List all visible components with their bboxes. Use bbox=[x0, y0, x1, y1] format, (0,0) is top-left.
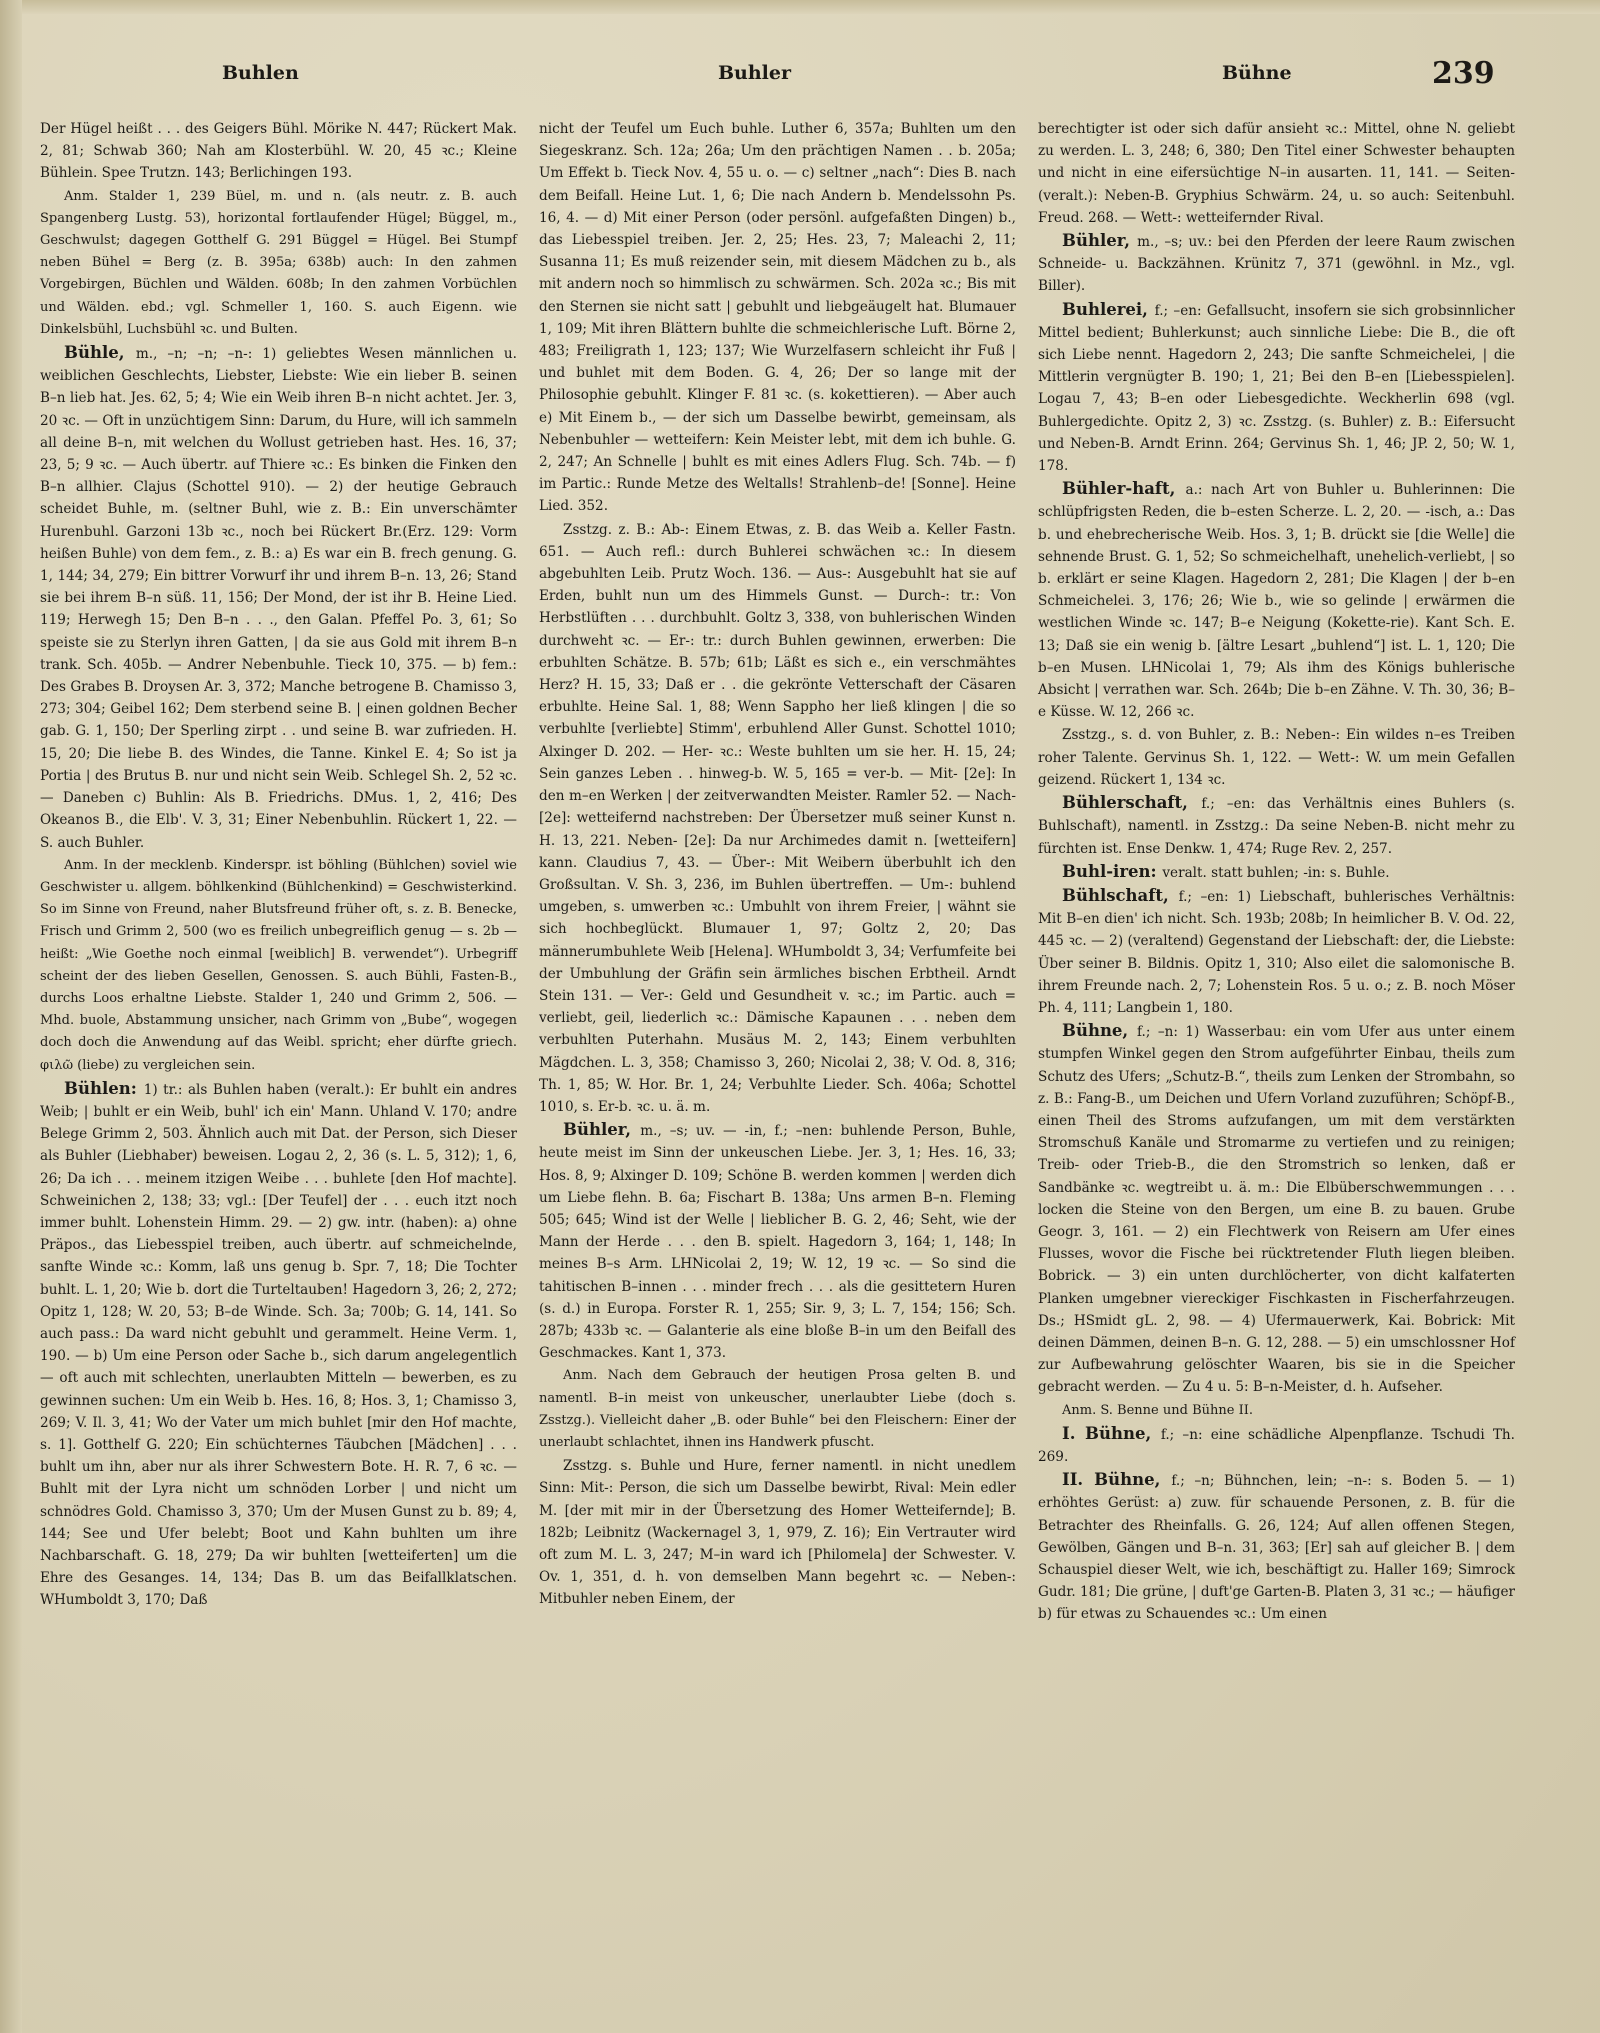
headword: I. Bühne, bbox=[1062, 1424, 1161, 1443]
running-header: Buhlen Buhler Bühne 239 bbox=[0, 62, 1600, 92]
entry-text: Zsstzg. z. B.: Ab-: Einem Etwas, z. B. d… bbox=[539, 522, 1016, 1115]
entry-text: Zsstzg. s. Buhle und Hure, ferner nament… bbox=[539, 1458, 1016, 1607]
entry-text: Anm. S. Benne und Bühne II. bbox=[1062, 1403, 1253, 1418]
entry-paragraph: Zsstzg. z. B.: Ab-: Einem Etwas, z. B. d… bbox=[539, 519, 1016, 1118]
entry-paragraph: Der Hügel heißt . . . des Geigers Bühl. … bbox=[40, 118, 517, 185]
dictionary-entry: Bühlschaft, f.; –en: 1) Liebschaft, buhl… bbox=[1038, 885, 1515, 1019]
dictionary-entry: Bühne, f.; –n: 1) Wasserbau: ein vom Ufe… bbox=[1038, 1020, 1515, 1398]
dictionary-entry: Buhl-iren: veralt. statt buhlen; -in: s.… bbox=[1038, 861, 1515, 884]
entry-text: m., –s; uv. — -in, f.; –nen: buhlende Pe… bbox=[539, 1123, 1016, 1361]
entry-text: Anm. In der mecklenb. Kinderspr. ist böh… bbox=[40, 858, 517, 1073]
entry-text: nicht der Teufel um Euch buhle. Luther 6… bbox=[539, 121, 1016, 514]
headword: Bühne, bbox=[1062, 1021, 1137, 1040]
dictionary-entry: I. Bühne, f.; –n: eine schädliche Alpenp… bbox=[1038, 1423, 1515, 1468]
guide-word-right: Bühne bbox=[1222, 62, 1292, 84]
entry-text: 1) tr.: als Buhlen haben (veralt.): Er b… bbox=[40, 1082, 517, 1609]
dictionary-entry: Bühlerschaft, f.; –en: das Verhältnis ei… bbox=[1038, 792, 1515, 860]
entry-paragraph: Zsstzg., s. d. von Buhler, z. B.: Neben-… bbox=[1038, 724, 1515, 791]
entry-text: f.; –n: 1) Wasserbau: ein vom Ufer aus u… bbox=[1038, 1024, 1515, 1395]
entry-text: f.; –n; Bühnchen, lein; –n-: s. Boden 5.… bbox=[1038, 1473, 1515, 1622]
entry-text: a.: nach Art von Buhler u. Buhlerinnen: … bbox=[1038, 482, 1515, 720]
headword: Bühle, bbox=[64, 343, 136, 362]
dictionary-columns: Der Hügel heißt . . . des Geigers Bühl. … bbox=[40, 118, 1515, 1627]
column-left: Der Hügel heißt . . . des Geigers Bühl. … bbox=[40, 118, 517, 1627]
entry-text: Anm. Nach dem Gebrauch der heutigen Pros… bbox=[539, 1368, 1016, 1450]
dictionary-entry: II. Bühne, f.; –n; Bühnchen, lein; –n-: … bbox=[1038, 1469, 1515, 1625]
dictionary-entry: Bühlen: 1) tr.: als Buhlen haben (veralt… bbox=[40, 1078, 517, 1612]
headword: Bühler, bbox=[1062, 231, 1137, 250]
entry-text: Der Hügel heißt . . . des Geigers Bühl. … bbox=[40, 121, 517, 181]
entry-text: m., –n; –n; –n-: 1) geliebtes Wesen männ… bbox=[40, 346, 517, 850]
annotation-paragraph: Anm. In der mecklenb. Kinderspr. ist böh… bbox=[40, 855, 517, 1077]
page-edge-left bbox=[0, 0, 22, 2033]
page-edge-top bbox=[0, 0, 1600, 14]
headword: Bühlschaft, bbox=[1062, 886, 1179, 905]
page-number: 239 bbox=[1432, 56, 1495, 91]
entry-text: f.; –en: 1) Liebschaft, buhlerisches Ver… bbox=[1038, 889, 1515, 1016]
dictionary-entry: Bühler, m., –s; uv.: bei den Pferden der… bbox=[1038, 230, 1515, 298]
headword: Buhl-iren: bbox=[1062, 862, 1162, 881]
column-middle: nicht der Teufel um Euch buhle. Luther 6… bbox=[539, 118, 1016, 1627]
headword: II. Bühne, bbox=[1062, 1470, 1171, 1489]
headword: Bühlerschaft, bbox=[1062, 793, 1201, 812]
guide-word-center: Buhler bbox=[718, 62, 791, 84]
annotation-paragraph: Anm. S. Benne und Bühne II. bbox=[1038, 1400, 1515, 1422]
headword: Buhlerei, bbox=[1062, 300, 1155, 319]
entry-text: veralt. statt buhlen; -in: s. Buhle. bbox=[1162, 865, 1389, 881]
entry-text: f.; –en: Gefallsucht, insofern sie sich … bbox=[1038, 303, 1515, 474]
headword: Bühler-haft, bbox=[1062, 479, 1185, 498]
entry-paragraph: nicht der Teufel um Euch buhle. Luther 6… bbox=[539, 118, 1016, 518]
dictionary-entry: Bühler, m., –s; uv. — -in, f.; –nen: buh… bbox=[539, 1119, 1016, 1364]
headword: Bühlen: bbox=[64, 1079, 144, 1098]
dictionary-entry: Bühler-haft, a.: nach Art von Buhler u. … bbox=[1038, 478, 1515, 723]
entry-text: Zsstzg., s. d. von Buhler, z. B.: Neben-… bbox=[1038, 727, 1515, 787]
entry-text: Anm. Stalder 1, 239 Büel, m. und n. (als… bbox=[40, 189, 517, 337]
dictionary-entry: Buhlerei, f.; –en: Gefallsucht, insofern… bbox=[1038, 299, 1515, 478]
entry-text: berechtigter ist oder sich dafür ansieht… bbox=[1038, 121, 1515, 226]
dictionary-entry: Bühle, m., –n; –n; –n-: 1) geliebtes Wes… bbox=[40, 342, 517, 854]
headword: Bühler, bbox=[563, 1120, 640, 1139]
entry-paragraph: berechtigter ist oder sich dafür ansieht… bbox=[1038, 118, 1515, 229]
annotation-paragraph: Anm. Nach dem Gebrauch der heutigen Pros… bbox=[539, 1365, 1016, 1454]
entry-paragraph: Zsstzg. s. Buhle und Hure, ferner nament… bbox=[539, 1455, 1016, 1610]
guide-word-left: Buhlen bbox=[222, 62, 299, 84]
column-right: berechtigter ist oder sich dafür ansieht… bbox=[1038, 118, 1515, 1627]
annotation-paragraph: Anm. Stalder 1, 239 Büel, m. und n. (als… bbox=[40, 186, 517, 341]
